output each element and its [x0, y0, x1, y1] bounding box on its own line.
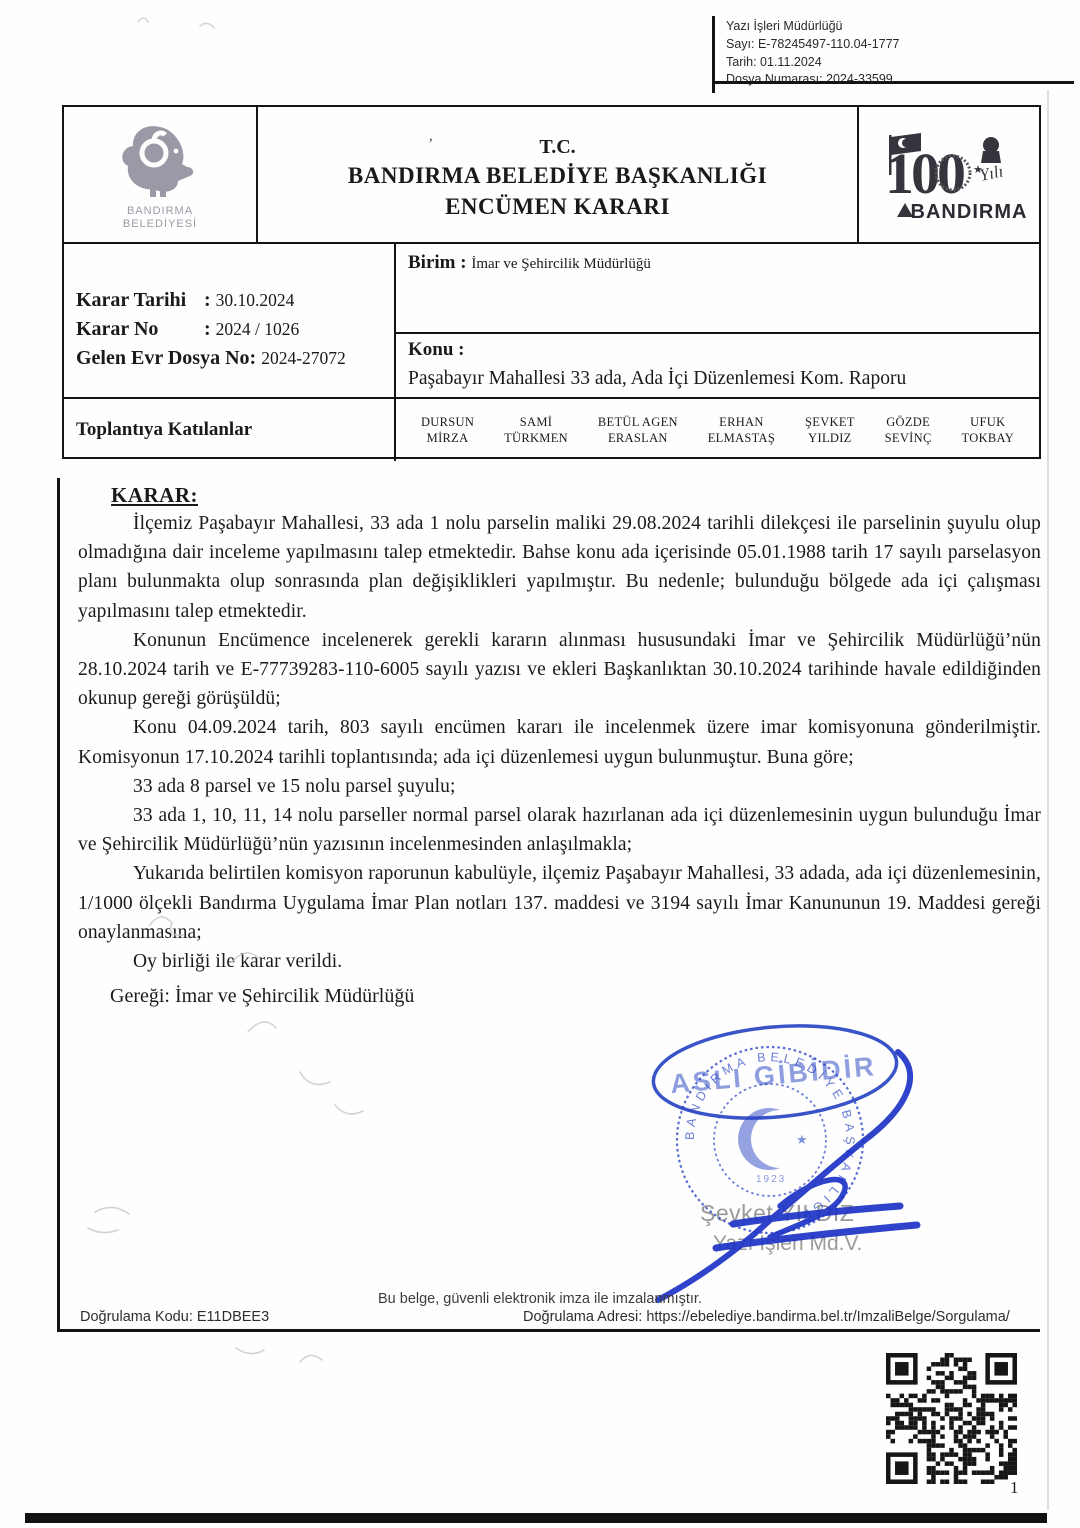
decision-paragraph: Yukarıda belirtilen komisyon raporunun k…: [78, 859, 1041, 947]
title-org: BANDIRMA BELEDİYE BAŞKANLIĞI: [258, 160, 857, 191]
letterhead-line: Yazı İşleri Müdürlüğü: [726, 18, 1056, 36]
header-row-attendees: Toplantıya Katılanlar DURSUN MİRZA SAMİ …: [64, 399, 1039, 461]
verification-address: Doğrulama Adresi: https://ebelediye.band…: [523, 1309, 1010, 1325]
bandirma-belediyesi-logo: BANDIRMA BELEDİYESİ: [102, 119, 218, 231]
municipality-logo-cell: BANDIRMA BELEDİYESİ: [64, 107, 258, 242]
subject-cell: Birim : İmar ve Şehircilik Müdürlüğü Kon…: [396, 244, 1039, 397]
decision-paragraph: 33 ada 1, 10, 11, 14 nolu parseller norm…: [78, 801, 1041, 859]
logo-bandirma-text: BANDIRMA: [911, 201, 1028, 223]
topic-row: Konu : Paşabayır Mahallesi 33 ada, Ada İ…: [396, 334, 1039, 397]
attendee-name: DURSUN MİRZA: [421, 414, 474, 446]
decision-meta-cell: Karar Tarihi: 30.10.2024 Karar No: 2024 …: [64, 244, 396, 397]
seal-star-icon: ★: [796, 1132, 808, 1147]
decision-paragraph: Konunun Encümence incelenerek gerekli ka…: [78, 626, 1041, 714]
meta-line: Gelen Evr Dosya No: 2024-27072: [76, 344, 394, 373]
header-row-meta: Karar Tarihi: 30.10.2024 Karar No: 2024 …: [64, 244, 1039, 399]
decision-paragraph: Konu 04.09.2024 tarih, 803 sayılı encüme…: [78, 713, 1041, 771]
unit-value: İmar ve Şehircilik Müdürlüğü: [471, 256, 651, 272]
footer-rule: [57, 1329, 1040, 1332]
attendee-name: UFUK TOKBAY: [962, 414, 1015, 446]
topic-value: Paşabayır Mahallesi 33 ada, Ada İçi Düze…: [408, 368, 906, 389]
seal-year: 1923: [756, 1174, 786, 1185]
meta-label: Karar No: [76, 315, 204, 344]
decision-paragraph: 33 ada 8 parsel ve 15 nolu parsel şuyulu…: [78, 772, 1041, 801]
unit-label: Birim: [408, 252, 456, 273]
document-title: T.C. BANDIRMA BELEDİYE BAŞKANLIĞI ENCÜME…: [258, 107, 859, 242]
attendees-list: DURSUN MİRZA SAMİ TÜRKMEN BETÜL AGEN ERA…: [396, 399, 1039, 461]
letterhead-underline: [712, 81, 1074, 84]
meta-line: Karar No: 2024 / 1026: [76, 315, 394, 344]
logo-100-text: 100: [885, 141, 964, 206]
qr-code: [886, 1353, 1017, 1484]
attendee-name: GÖZDE SEVİNÇ: [885, 414, 932, 446]
scanned-document-page: Yazı İşleri MüdürlüğüSayı: E-78245497-11…: [0, 0, 1080, 1528]
scan-edge-line: [1047, 90, 1049, 1510]
title-doc-type: ENCÜMEN KARARI: [258, 191, 857, 222]
verification-code: Doğrulama Kodu: E11DBEE3: [80, 1309, 269, 1325]
meta-label: Gelen Evr Dosya No: [76, 344, 250, 373]
attendee-name: BETÜL AGEN ERASLAN: [598, 414, 678, 446]
attendee-name: ŞEVKET YILDIZ: [805, 414, 855, 446]
header-table: BANDIRMA BELEDİYESİ T.C. BANDIRMA BELEDİ…: [62, 105, 1041, 459]
anniversary-logo-cell: 100 Yılı ★ BANDIRMA: [859, 107, 1039, 242]
logo-star-icon: ★: [973, 164, 983, 176]
decision-paragraph: Oy birliği ile karar verildi.: [78, 947, 1041, 976]
left-logo-caption-1: BANDIRMA: [127, 205, 193, 217]
stamp-and-signature: Şevket YILDIZ Yazı İşleri Md.V. ASLI GİB…: [630, 1010, 975, 1310]
attendee-name: ERHAN ELMASTAŞ: [708, 414, 775, 446]
bandirma-100yil-logo: 100 Yılı ★ BANDIRMA: [869, 125, 1029, 225]
left-logo-caption-2: BELEDİYESİ: [123, 217, 197, 230]
attendee-name: SAMİ TÜRKMEN: [504, 414, 568, 446]
followup-line: Gereği: İmar ve Şehircilik Müdürlüğü: [110, 985, 414, 1008]
decision-paragraphs: İlçemiz Paşabayır Mahallesi, 33 ada 1 no…: [78, 509, 1041, 976]
scan-artifact-mark: ’: [428, 136, 433, 154]
title-tc: T.C.: [258, 134, 857, 160]
meta-line: Karar Tarihi: 30.10.2024: [76, 286, 394, 315]
topic-label: Konu :: [408, 339, 1039, 361]
unit-row: Birim : İmar ve Şehircilik Müdürlüğü: [396, 244, 1039, 334]
esignature-note: Bu belge, güvenli elektronik imza ile im…: [0, 1291, 1080, 1307]
decision-paragraph: İlçemiz Paşabayır Mahallesi, 33 ada 1 no…: [78, 509, 1041, 626]
official-stamp: ASLI GİBİDİR BANDIRMA BELEDİYE BAŞKANLIĞ…: [630, 1010, 975, 1310]
decision-heading: KARAR:: [111, 483, 1041, 508]
scan-bottom-bar: [25, 1513, 1047, 1523]
letterhead-line: Tarih: 01.11.2024: [726, 54, 1056, 72]
meta-value: 30.10.2024: [216, 290, 295, 310]
page-number: 1: [1010, 1478, 1019, 1498]
attendees-label: Toplantıya Katılanlar: [64, 399, 396, 461]
letterhead-line: Sayı: E-78245497-110.04-1777: [726, 36, 1056, 54]
meta-value: 2024-27072: [261, 348, 346, 368]
decision-body: KARAR: İlçemiz Paşabayır Mahallesi, 33 a…: [78, 483, 1041, 976]
body-left-border: [57, 478, 60, 1332]
meta-label: Karar Tarihi: [76, 286, 204, 315]
meta-value: 2024 / 1026: [216, 319, 300, 339]
header-row-title: BANDIRMA BELEDİYESİ T.C. BANDIRMA BELEDİ…: [64, 107, 1039, 244]
